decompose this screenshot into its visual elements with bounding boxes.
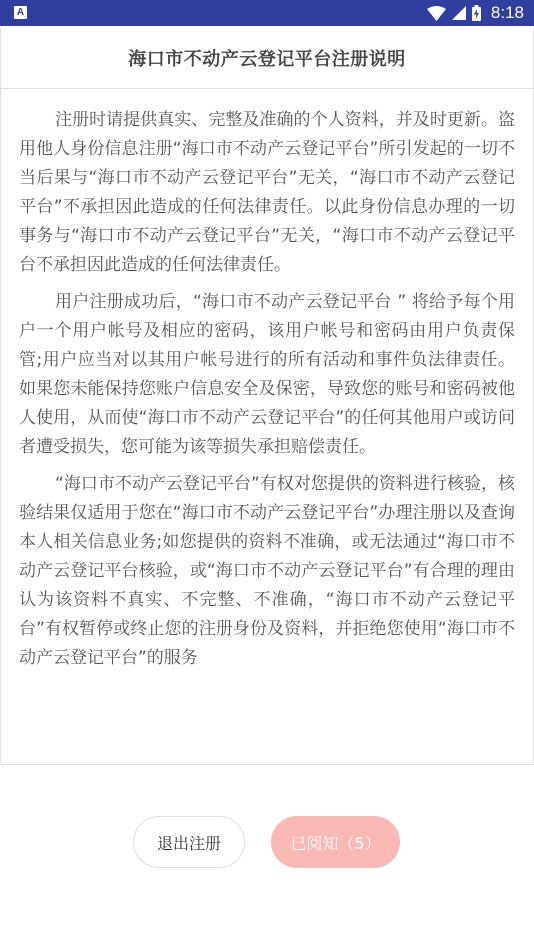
action-bar: 退出注册 已阅知（5） xyxy=(0,816,534,868)
agreement-paragraph: 用户注册成功后，“海口市不动产云登记平台 ” 将给予每个用户一个用户帐号及相应的… xyxy=(19,288,515,462)
battery-charging-icon xyxy=(472,5,481,21)
acknowledge-button[interactable]: 已阅知（5） xyxy=(271,816,400,868)
status-icons: 8:18 xyxy=(427,0,524,26)
agreement-content[interactable]: 注册时请提供真实、完整及准确的个人资料，并及时更新。盗用他人身份信息注册“海口市… xyxy=(1,89,533,673)
header: 海口市不动产云登记平台注册说明 xyxy=(1,28,533,89)
page-title: 海口市不动产云登记平台注册说明 xyxy=(128,45,406,71)
agreement-paragraph: 注册时请提供真实、完整及准确的个人资料，并及时更新。盗用他人身份信息注册“海口市… xyxy=(19,106,515,280)
status-bar: A 8:18 xyxy=(0,0,534,26)
agreement-paragraph: “海口市不动产云登记平台”有权对您提供的资料进行核验，核验结果仅适用于您在“海口… xyxy=(19,470,515,673)
cell-signal-icon xyxy=(452,6,466,20)
clock: 8:18 xyxy=(491,3,524,23)
agreement-card: 海口市不动产云登记平台注册说明 注册时请提供真实、完整及准确的个人资料，并及时更… xyxy=(0,28,534,765)
wifi-icon xyxy=(427,6,446,21)
app-notification-icon: A xyxy=(14,6,27,19)
exit-registration-button[interactable]: 退出注册 xyxy=(133,816,245,868)
